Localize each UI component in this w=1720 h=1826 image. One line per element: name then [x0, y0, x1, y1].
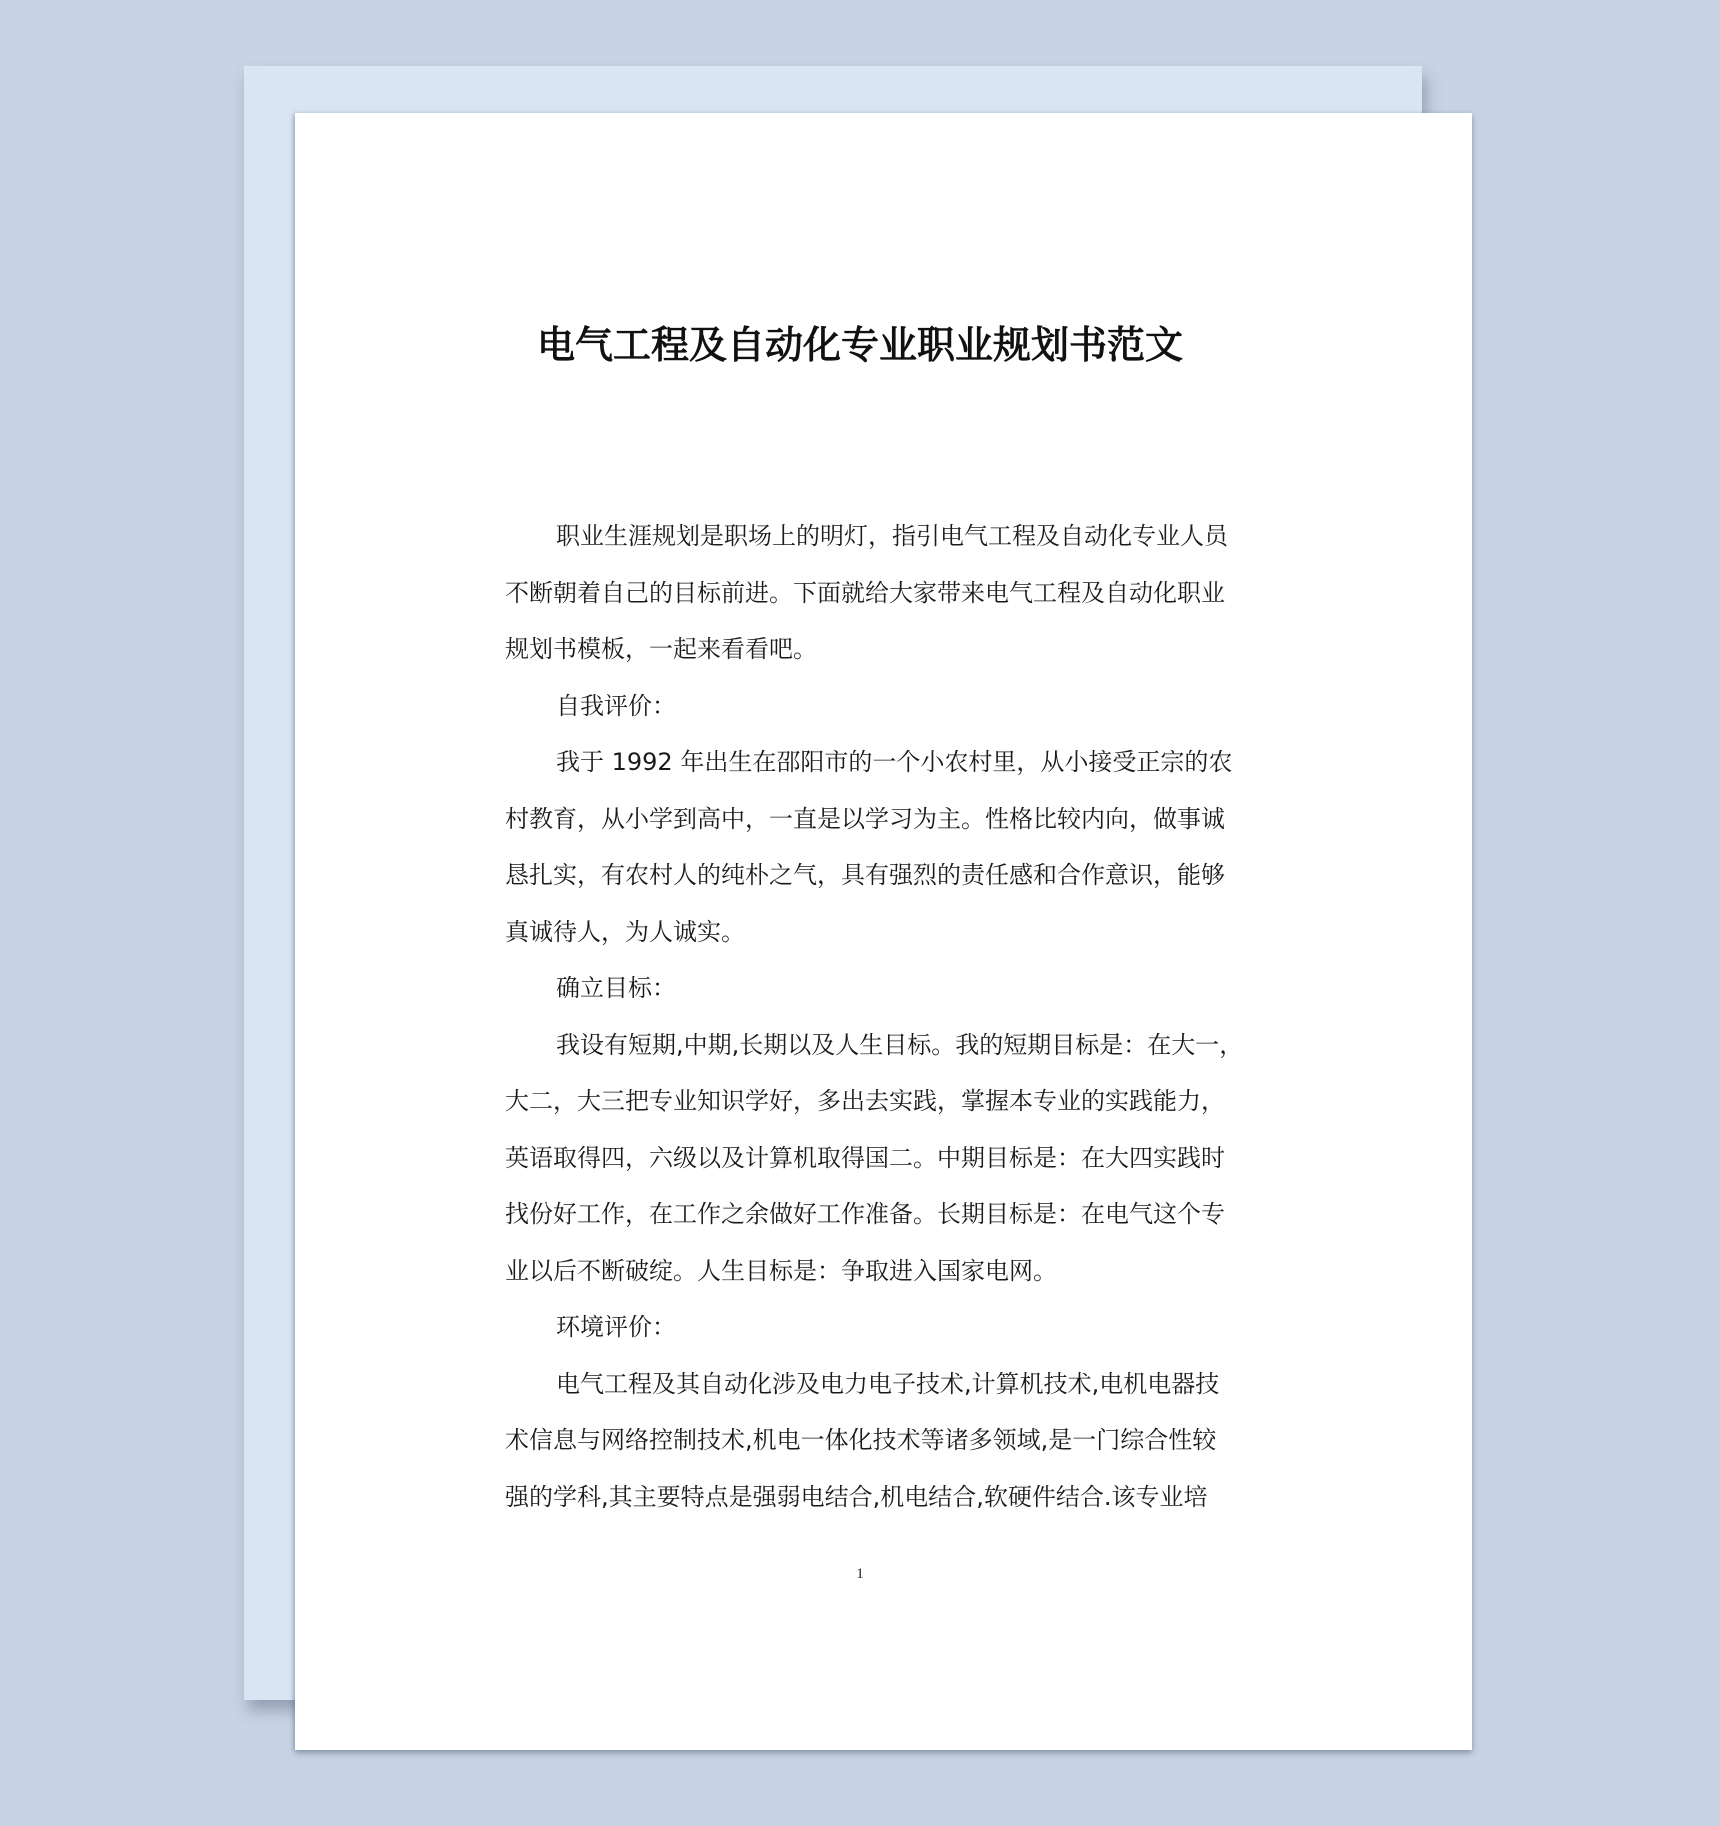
section-heading-self-evaluation: 自我评价：	[505, 678, 1265, 735]
paragraph-line: 英语取得四，六级以及计算机取得国二。中期目标是：在大四实践时	[505, 1130, 1265, 1187]
paragraph-line: 电气工程及其自动化涉及电力电子技术,计算机技术,电机电器技	[505, 1356, 1265, 1413]
paragraph-line: 规划书模板，一起来看看吧。	[505, 621, 1265, 678]
paragraph-line: 我设有短期,中期,长期以及人生目标。我的短期目标是：在大一，	[505, 1017, 1265, 1074]
paragraph-line: 强的学科,其主要特点是强弱电结合,机电结合,软硬件结合.该专业培	[505, 1469, 1265, 1526]
paragraph-line: 不断朝着自己的目标前进。下面就给大家带来电气工程及自动化职业	[505, 565, 1265, 622]
section-heading-goals: 确立目标：	[505, 960, 1265, 1017]
section-heading-environment: 环境评价：	[505, 1299, 1265, 1356]
document-title: 电气工程及自动化专业职业规划书范文	[0, 322, 1720, 368]
paragraph-line: 我于 1992 年出生在邵阳市的一个小农村里，从小接受正宗的农	[505, 734, 1265, 791]
page-number: 1	[0, 1566, 1720, 1583]
paragraph-line: 找份好工作，在工作之余做好工作准备。长期目标是：在电气这个专	[505, 1186, 1265, 1243]
paragraph-line: 职业生涯规划是职场上的明灯，指引电气工程及自动化专业人员	[505, 508, 1265, 565]
paragraph-line: 大二，大三把专业知识学好，多出去实践，掌握本专业的实践能力，	[505, 1073, 1265, 1130]
paragraph-line: 业以后不断破绽。人生目标是：争取进入国家电网。	[505, 1243, 1265, 1300]
document-body: 职业生涯规划是职场上的明灯，指引电气工程及自动化专业人员 不断朝着自己的目标前进…	[505, 508, 1265, 1525]
paragraph-line: 村教育，从小学到高中，一直是以学习为主。性格比较内向，做事诚	[505, 791, 1265, 848]
paragraph-line: 恳扎实，有农村人的纯朴之气，具有强烈的责任感和合作意识，能够	[505, 847, 1265, 904]
paragraph-line: 真诚待人，为人诚实。	[505, 904, 1265, 961]
paragraph-line: 术信息与网络控制技术,机电一体化技术等诸多领域,是一门综合性较	[505, 1412, 1265, 1469]
